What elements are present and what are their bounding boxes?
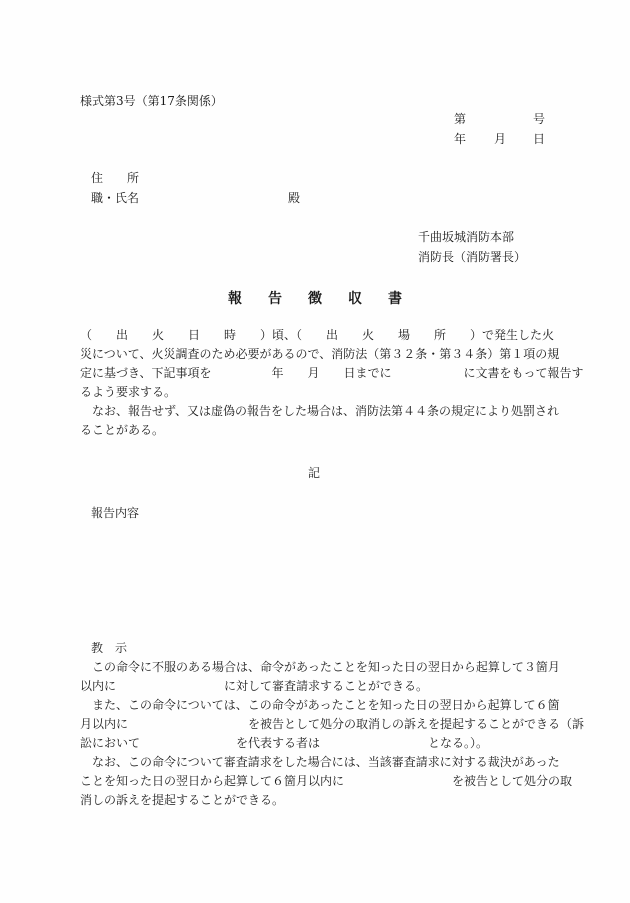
title-char: 告 <box>268 288 282 308</box>
notice-line: ことを知った日の翌日から起算して６箇月以内に を被告として処分の取 <box>80 772 552 791</box>
body-line: （ 出 火 日 時 ）頃、（ 出 火 場 所 ）で発生した火 <box>80 326 552 345</box>
notice-line: 月以内に を被告として処分の取消しの訴えを提起することができる（訴 <box>80 715 552 734</box>
doc-number-prefix: 第 <box>454 111 466 127</box>
document-title: 報告徴収書 <box>0 288 630 308</box>
date-year-label: 年 <box>454 131 466 147</box>
recipient-honorific: 殿 <box>288 190 300 206</box>
notice-line: 消しの訴えを提起することができる。 <box>80 791 552 810</box>
notice-line: この命令に不服のある場合は、命令があったことを知った日の翌日から起算して３箇月 <box>80 658 552 677</box>
body-line: ることがある。 <box>80 421 552 440</box>
doc-number-suffix: 号 <box>533 111 545 127</box>
notice-heading: 教 示 <box>91 640 127 656</box>
body-line: なお、報告せず、又は虚偽の報告をした場合は、消防法第４４条の規定により処罰され <box>80 402 552 421</box>
recipient-address-label: 住 所 <box>91 170 139 186</box>
body-paragraph-1: （ 出 火 日 時 ）頃、（ 出 火 場 所 ）で発生した火 災について、火災調… <box>80 326 552 440</box>
date-day-label: 日 <box>533 131 545 147</box>
title-char: 報 <box>228 288 242 308</box>
recipient-name-label: 職・氏名 <box>91 190 139 206</box>
title-char: 書 <box>388 288 402 308</box>
title-char: 収 <box>348 288 362 308</box>
form-number: 様式第3号（第17条関係） <box>80 93 223 109</box>
notice-line: なお、この命令について審査請求をした場合には、当該審査請求に対する裁決があった <box>80 753 552 772</box>
issuer-title: 消防長（消防署長） <box>418 249 526 265</box>
notice-body: この命令に不服のある場合は、命令があったことを知った日の翌日から起算して３箇月 … <box>80 658 552 810</box>
date-month-label: 月 <box>494 131 506 147</box>
title-char: 徴 <box>308 288 322 308</box>
notice-line: 訟において を代表する者は となる。）。 <box>80 734 552 753</box>
body-line: 定に基づき、下記事項を 年 月 日までに に文書をもって報告す <box>80 364 552 383</box>
ki-marker: 記 <box>308 465 320 481</box>
issuer-organization: 千曲坂城消防本部 <box>418 229 514 245</box>
notice-line: また、この命令については、この命令があったことを知った日の翌日から起算して６箇 <box>80 696 552 715</box>
notice-line: 以内に に対して審査請求することができる。 <box>80 677 552 696</box>
body-line: 災について、火災調査のため必要があるので、消防法（第３２条・第３４条）第１項の規 <box>80 345 552 364</box>
report-content-label: 報告内容 <box>91 505 139 521</box>
body-line: るよう要求する。 <box>80 383 552 402</box>
